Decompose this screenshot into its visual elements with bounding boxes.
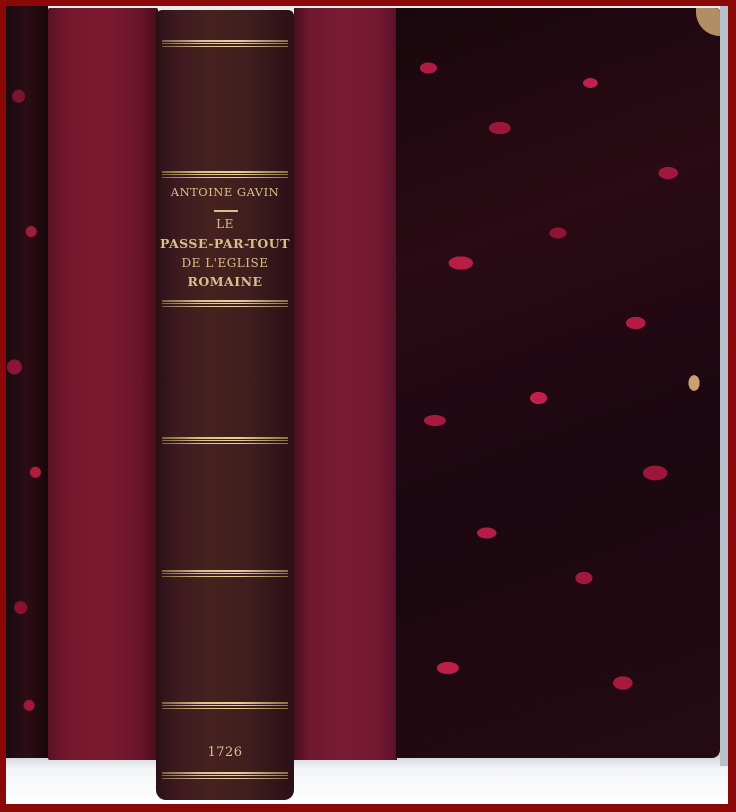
gilt-band — [162, 299, 288, 309]
gilt-band — [162, 170, 288, 180]
spine-title-line: LE — [156, 217, 294, 231]
gilt-band — [162, 436, 288, 446]
front-marbled-board — [396, 8, 720, 758]
gilt-band — [162, 771, 288, 781]
gilt-band — [162, 569, 288, 579]
book-spine: ANTOINE GAVIN LE PASSE-PAR-TOUT DE L'EGL… — [156, 10, 294, 800]
spine-title-line: PASSE-PAR-TOUT — [156, 236, 294, 251]
gilt-band — [162, 701, 288, 711]
spine-author: ANTOINE GAVIN — [156, 185, 294, 199]
spine-title-line: ROMAINE — [156, 274, 294, 289]
spine-title-line: DE L'EGLISE — [156, 256, 294, 270]
shelf-surface — [6, 754, 728, 804]
book-photo: ANTOINE GAVIN LE PASSE-PAR-TOUT DE L'EGL… — [6, 6, 728, 804]
leather-strip-right — [294, 8, 397, 760]
image-frame: ANTOINE GAVIN LE PASSE-PAR-TOUT DE L'EGL… — [0, 0, 736, 812]
gilt-band — [162, 39, 288, 49]
gilt-rule — [214, 210, 238, 212]
leather-strip-left — [48, 8, 158, 760]
back-marbled-board — [6, 6, 48, 758]
page-edge — [720, 6, 728, 766]
spine-year: 1726 — [156, 745, 294, 760]
